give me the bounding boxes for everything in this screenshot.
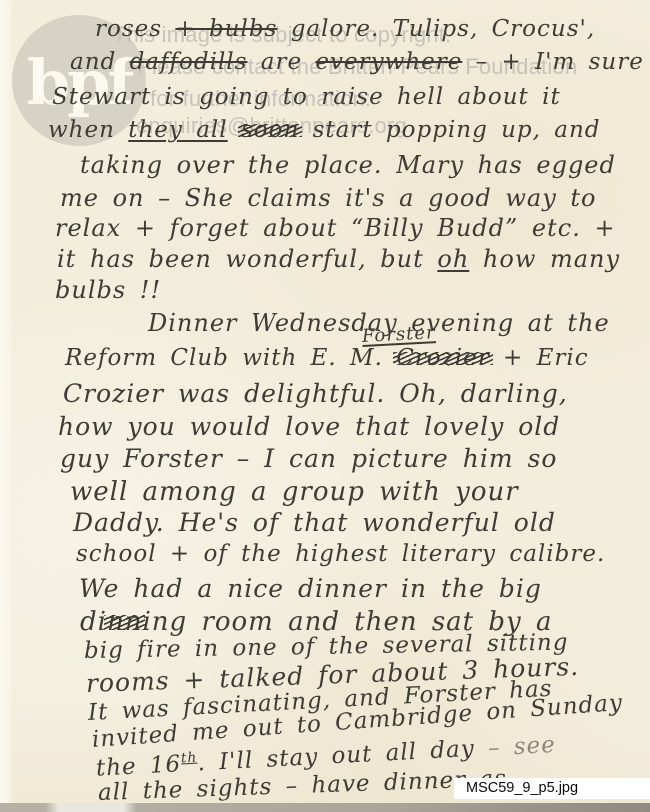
handwritten-text: th [180, 750, 197, 767]
handwritten-text: Reform Club with E. M. [65, 345, 396, 371]
handwritten-text: Forster [361, 322, 436, 347]
handwritten-line: Forster [361, 322, 436, 347]
handwriting-layer: roses + bulbs galore. Tulips, Crocus',an… [0, 0, 650, 812]
handwritten-text: + Eric [490, 345, 589, 371]
handwritten-text: they all [128, 117, 227, 143]
handwritten-text: it has been wonderful, but [57, 245, 437, 273]
handwritten-text: are [247, 49, 315, 75]
handwritten-text: taking over the place. Mary has egged [80, 151, 616, 179]
handwritten-text: well among a group with your [70, 477, 519, 507]
filename-label: MSC59_9_p5.jpg [454, 778, 650, 799]
handwritten-line: Daddy. He's of that wonderful old [73, 508, 556, 537]
handwritten-text: – see [487, 732, 556, 762]
handwritten-text: relax + forget about “Billy Budd” etc. + [55, 214, 616, 242]
handwritten-text: di [80, 607, 107, 637]
handwritten-text: Stewart is going to raise hell about it [52, 84, 561, 110]
handwritten-line: school + of the highest literary calibre… [76, 541, 605, 567]
handwritten-line: it has been wonderful, but oh how many [57, 245, 620, 273]
handwritten-line: me on – She claims it's a good way to [60, 184, 596, 212]
scan-edge-bottom [0, 803, 650, 812]
handwritten-line: Stewart is going to raise hell about it [52, 84, 561, 110]
handwritten-text: daffodills [130, 49, 248, 75]
handwritten-line: Reform Club with E. M. Crozier + Eric [65, 345, 589, 371]
handwritten-line: We had a nice dinner in the big [79, 574, 542, 603]
handwritten-text: Crozier was delightful. Oh, darling, [63, 379, 568, 408]
handwritten-line: bulbs !! [55, 276, 161, 304]
handwritten-text: me on – She claims it's a good way to [60, 184, 596, 212]
handwritten-text: how many [469, 245, 620, 273]
handwritten-line: and daffodills are everywhere – + I'm su… [70, 49, 644, 75]
handwritten-line: when they all soon start popping up, and [48, 117, 601, 143]
handwritten-line: relax + forget about “Billy Budd” etc. + [55, 214, 616, 242]
handwritten-line: Crozier was delightful. Oh, darling, [63, 379, 568, 408]
filename-text: MSC59_9_p5.jpg [466, 780, 578, 796]
handwritten-text: start popping up, and [299, 117, 600, 143]
handwritten-text: nn [107, 607, 143, 637]
handwritten-line: guy Forster – I can picture him so [60, 444, 557, 473]
handwritten-line: well among a group with your [70, 477, 519, 507]
handwritten-text: guy Forster – I can picture him so [60, 444, 557, 473]
handwritten-text: bulbs !! [55, 276, 161, 304]
handwritten-text: everywhere [315, 49, 462, 75]
handwritten-line: how you would love that lovely old [58, 412, 560, 441]
handwritten-text: + bulbs [175, 16, 277, 42]
handwritten-text: school + of the highest literary calibre… [76, 541, 605, 567]
handwritten-text: – + I'm sure [462, 49, 643, 75]
handwritten-text: oh [437, 245, 469, 273]
handwritten-text: how you would love that lovely old [58, 412, 560, 441]
handwritten-line: taking over the place. Mary has egged [80, 151, 616, 179]
handwritten-text: roses [95, 16, 175, 42]
handwritten-text: Daddy. He's of that wonderful old [73, 508, 556, 537]
handwritten-text: Crozier [396, 345, 490, 371]
handwritten-text: soon [241, 117, 299, 143]
handwritten-text: We had a nice dinner in the big [79, 574, 542, 603]
scanned-letter-page: bpf This image is subject to copyright. … [0, 0, 650, 812]
handwritten-line: roses + bulbs galore. Tulips, Crocus', [95, 16, 595, 42]
handwritten-text: galore. Tulips, Crocus', [277, 16, 595, 42]
handwritten-text: and [70, 49, 130, 75]
handwritten-text: when [48, 117, 128, 143]
